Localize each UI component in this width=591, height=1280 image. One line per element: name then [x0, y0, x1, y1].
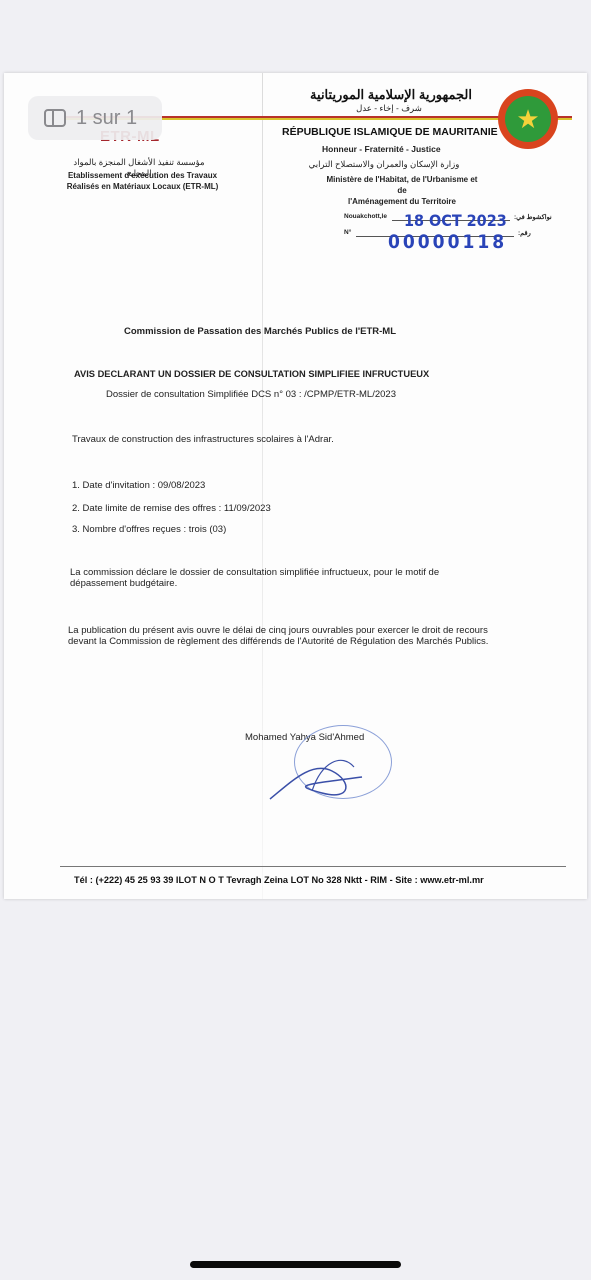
- sidebar-pages-icon: [44, 109, 66, 127]
- place-date-label-ar: نواكشوط في:: [514, 213, 552, 221]
- page-indicator[interactable]: 1 sur 1: [28, 96, 162, 140]
- notice-title: AVIS DECLARANT UN DOSSIER DE CONSULTATIO…: [74, 369, 429, 379]
- document-page: ETR-ML مؤسسة تنفيذ الأشغال المنجزة بالمو…: [4, 73, 587, 899]
- star-icon: ★: [505, 96, 551, 142]
- notice-subtitle: Dossier de consultation Simplifiée DCS n…: [106, 389, 396, 400]
- number-label: N°: [344, 229, 351, 236]
- list-item: 2. Date limite de remise des offres : 11…: [72, 503, 271, 514]
- number-label-ar: رقم:: [518, 229, 531, 237]
- number-stamp: 00000118: [388, 231, 507, 253]
- list-item: 3. Nombre d'offres reçues : trois (03): [72, 524, 226, 535]
- list-item: 1. Date d'invitation : 09/08/2023: [72, 480, 205, 491]
- motto-arabic: شرف - إخاء - عدل: [334, 103, 444, 114]
- ministry-name-arabic: وزارة الإسكان والعمران والاستصلاح التراب…: [304, 159, 464, 170]
- ministry-name-french: Ministère de l'Habitat, de l'Urbanisme e…: [322, 174, 482, 207]
- project-object: Travaux de construction des infrastructu…: [72, 434, 334, 445]
- footer-divider: [60, 866, 566, 867]
- republic-name-french: RÉPUBLIQUE ISLAMIQUE DE MAURITANIE: [282, 126, 498, 138]
- date-stamp: 18 OCT 2023: [404, 211, 507, 230]
- footer-contact: Tél : (+222) 45 25 93 39 ILOT N O T Tevr…: [74, 875, 484, 885]
- commission-heading: Commission de Passation des Marchés Publ…: [124, 326, 396, 337]
- home-indicator[interactable]: [190, 1261, 401, 1268]
- coat-of-arms-icon: ★: [498, 89, 558, 149]
- republic-name-arabic: الجمهورية الإسلامية الموريتانية: [296, 87, 486, 103]
- page-indicator-text: 1 sur 1: [76, 107, 137, 130]
- declaration-paragraph: La commission déclare le dossier de cons…: [70, 567, 439, 589]
- signature-icon: [262, 741, 392, 811]
- motto-french: Honneur - Fraternité - Justice: [322, 144, 441, 154]
- recourse-paragraph: La publication du présent avis ouvre le …: [68, 625, 488, 647]
- place-date-label: Nouakchott,le: [344, 213, 387, 220]
- org-name-french: Etablissement d'exécution des Travaux Ré…: [60, 170, 225, 192]
